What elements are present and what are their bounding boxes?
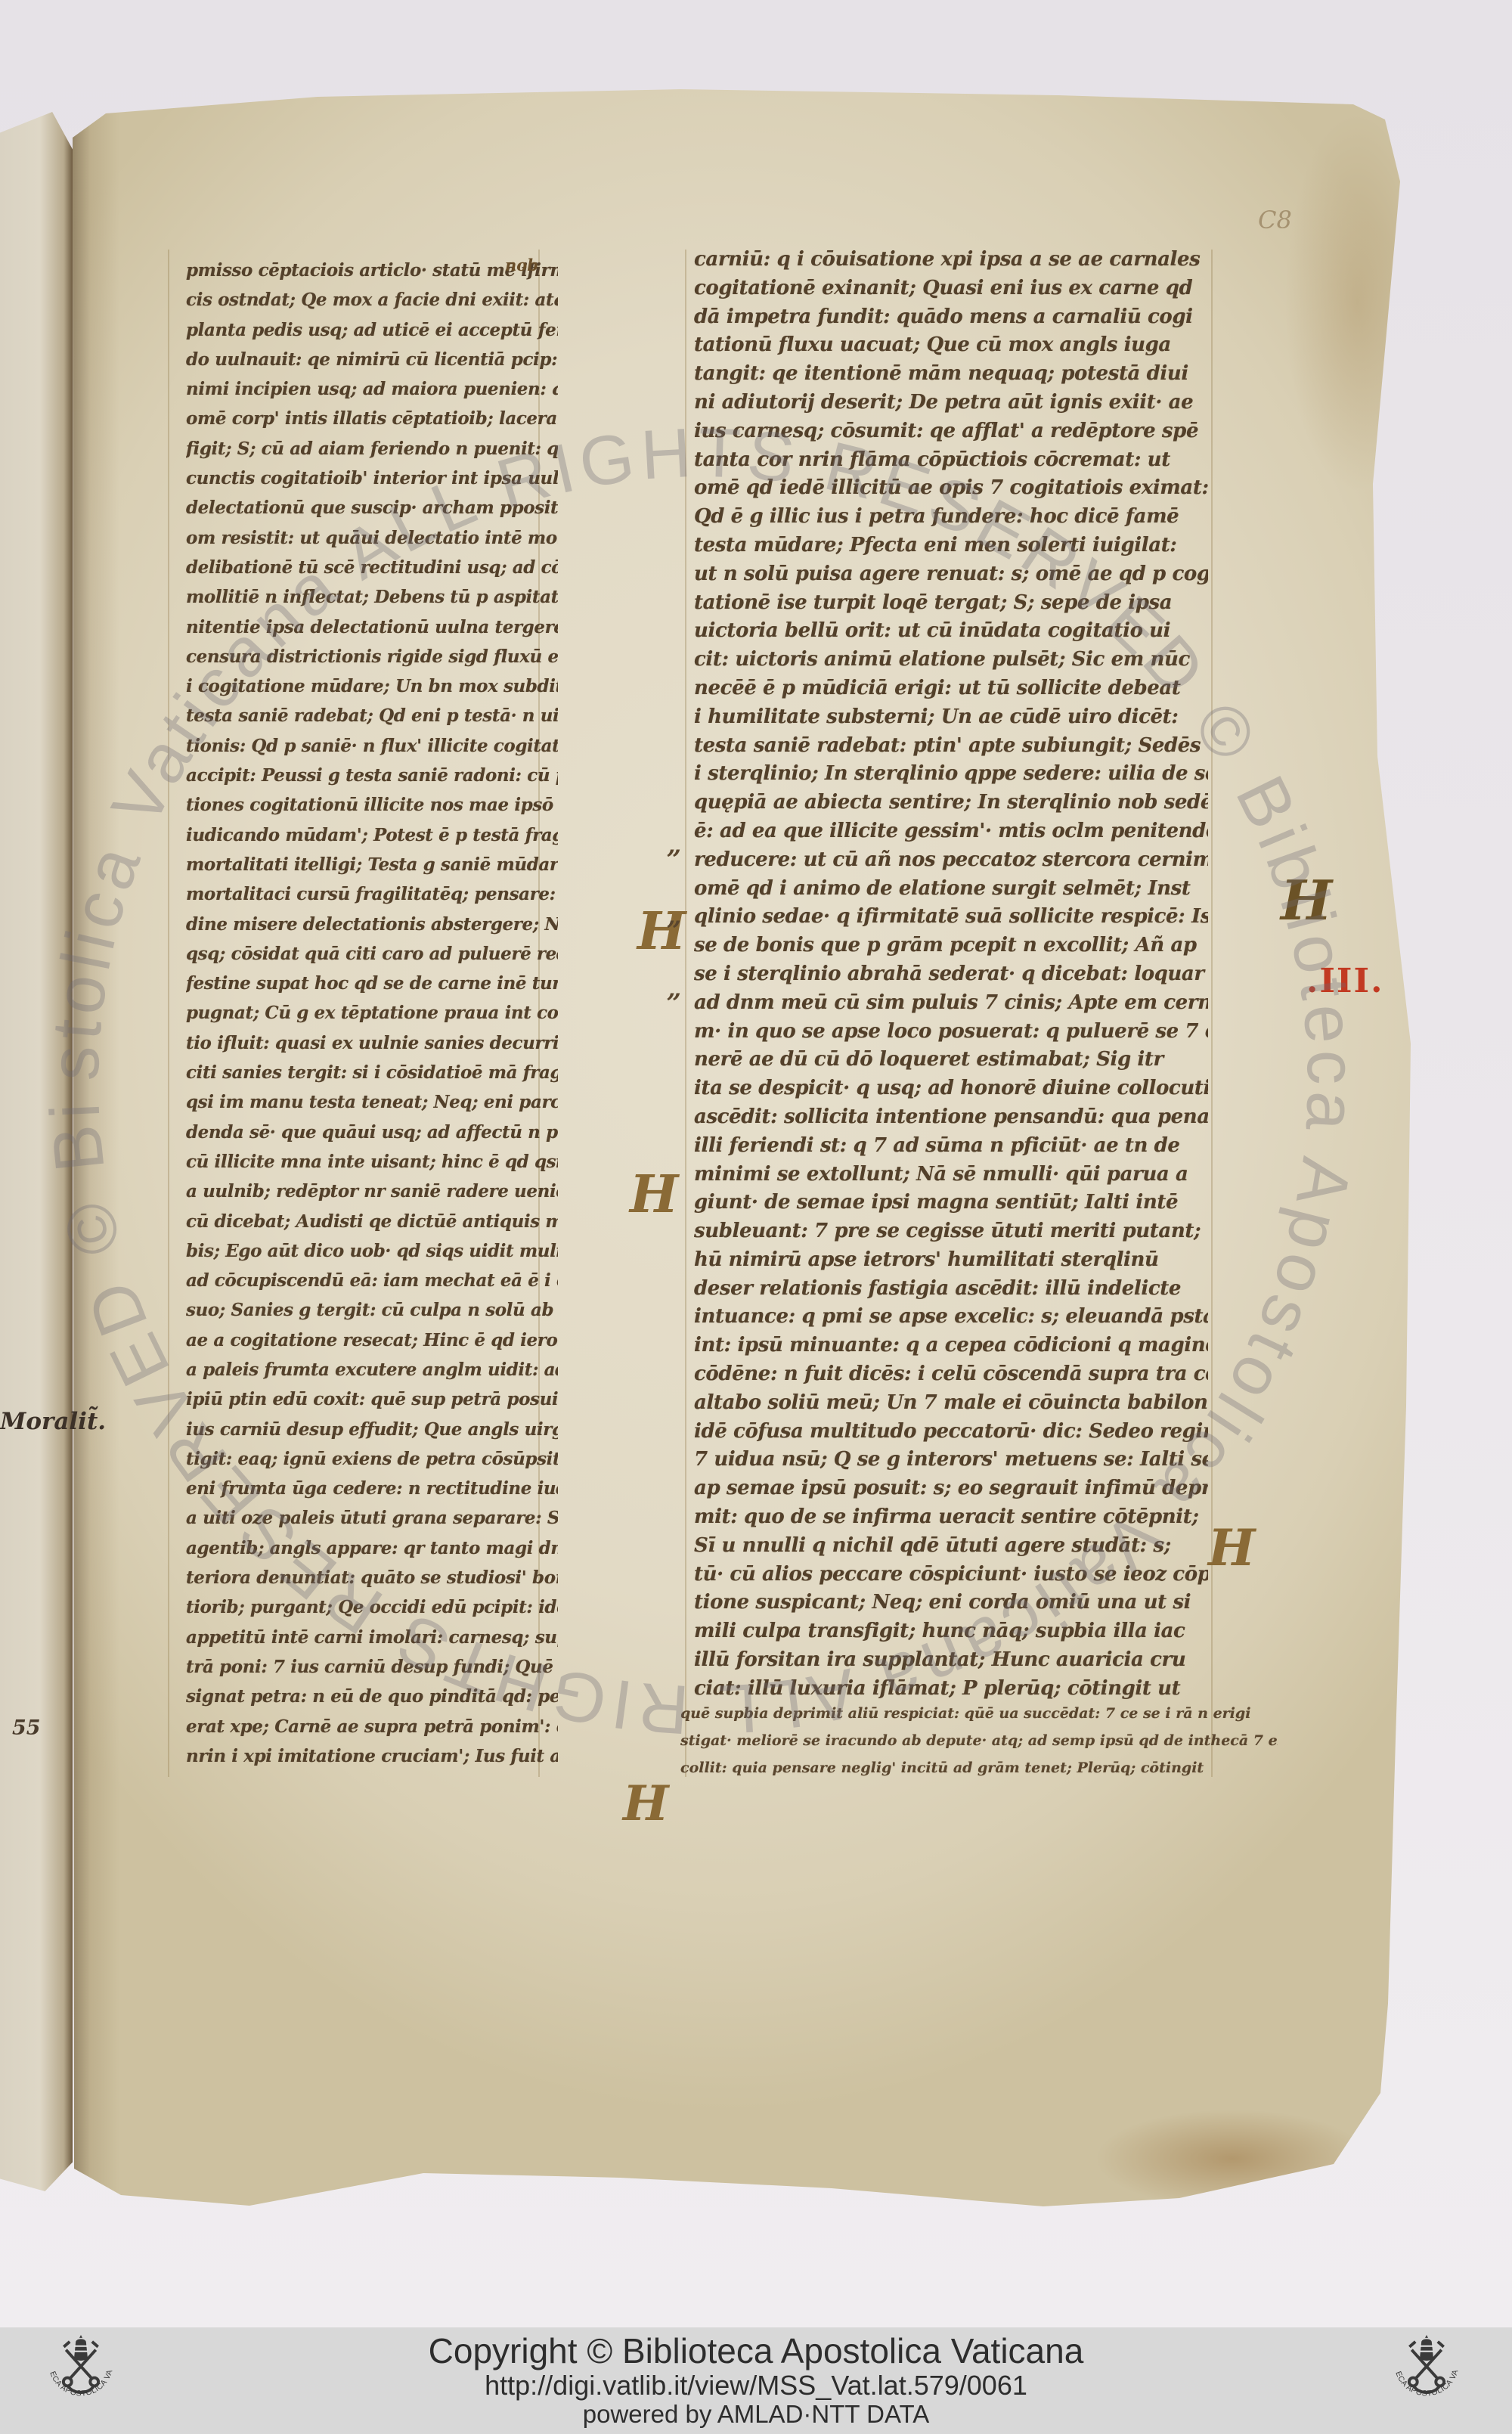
manuscript-line: tione suspicant; Neq; eni corda omiū una… — [694, 1589, 1208, 1617]
footer-bar: Copyright © Biblioteca Apostolica Vatica… — [0, 2327, 1512, 2434]
manuscript-line: planta pedis usq; ad uticē ei acceptū fe… — [186, 315, 558, 345]
manuscript-line: a uiti oze paleis ūtuti grana separare: … — [186, 1503, 558, 1533]
manuscript-line: necēē ē p mūdiciā erigi: ut tū sollicite… — [694, 674, 1208, 703]
manuscript-line: tangit: qe itentionē mām nequaq; potestā… — [694, 360, 1208, 389]
manuscript-line: tationū fluxu uacuat; Que cū mox angls i… — [694, 331, 1208, 360]
manuscript-line: ius carniū desup effudit; Que angls uirg… — [186, 1415, 558, 1444]
manuscript-line: tigit: eaq; ignū exiens de petra cōsūpsi… — [186, 1444, 558, 1474]
manuscript-line: ē: ad ea que illicite gessim'· mtis oclm… — [694, 817, 1208, 846]
manuscript-line: qsi im manu testa teneat; Neq; eni parci… — [186, 1087, 558, 1117]
right-text-column: carniū: q i cōuisatione xpi ipsa a se ae… — [694, 246, 1208, 1704]
manuscript-line: accipit: Peussi g testa saniē radoni: cū… — [186, 761, 558, 790]
manuscript-line: i cogitatione mūdare; Un bn mox subdit: … — [186, 671, 558, 701]
manuscript-line: ut n solū puisa agere renuat: s; omē ae … — [694, 560, 1208, 589]
manuscript-line: Sī u nnulli q nichil qdē ūtuti agere stu… — [694, 1532, 1208, 1561]
manuscript-line: ad cōcupiscendū eā: iam mechat eā ē i co… — [186, 1266, 558, 1295]
manuscript-line: festine supat hoc qd se de carne inē tur… — [186, 969, 558, 998]
manuscript-line: quępiā ae abiecta sentire; In sterqlinio… — [694, 789, 1208, 817]
manuscript-line: tū· cū alios peccare cōspiciunt· iusto s… — [694, 1561, 1208, 1589]
vatican-library-logo-left: BIBLIOTECA APOSTOLICA VATICANA — [24, 2333, 138, 2430]
manuscript-line: Qd ē g illic ius i petra fundere: hoc di… — [694, 503, 1208, 532]
manuscript-line: ascēdit: sollicita intentione pensandū: … — [694, 1103, 1208, 1132]
vatican-library-logo-right: BIBLIOTECA APOSTOLICA VATICANA — [1370, 2333, 1483, 2430]
manuscript-line: mortalitaci cursū fragilitatēq; pensare:… — [186, 879, 558, 909]
manuscript-line: mili culpa transfigit; hunc nāq; supbia … — [694, 1617, 1208, 1646]
manuscript-line: cū dicebat; Audisti qe dictūē antiquis m… — [186, 1207, 558, 1236]
manuscript-line: appetitū intē carni imolari: carnesq; su… — [186, 1623, 558, 1652]
manuscript-line: cogitationē exinanit; Quasi eni ius ex c… — [694, 274, 1208, 303]
manuscript-line: illi feriendi st: q 7 ad sūma n pficiūt·… — [694, 1132, 1208, 1161]
manuscript-line: 7 uidua nsū; Q se g interors' metuens se… — [694, 1446, 1208, 1474]
manuscript-line: se de bonis que p grām pcepit n excollit… — [694, 932, 1208, 960]
manuscript-line: tiones cogitationū illicite nos mae ipsō… — [186, 790, 558, 820]
manuscript-small-line: collit: quia pensare neglig' incitū ad g… — [680, 1754, 1278, 1781]
manuscript-line: censura districtionis rigide sigd fluxū … — [186, 642, 558, 671]
papal-tiara-icon — [74, 2335, 88, 2361]
parchment-sheet: pmisso cēptaciois articlo· statū mē ifir… — [0, 0, 1512, 2327]
manuscript-line: tanta cor nrin flāma cōpūctiois cōcremat… — [694, 446, 1208, 475]
manuscript-line: ad dnm meū cū sim puluis 7 cinis; Apte e… — [694, 989, 1208, 1018]
manuscript-line: delectationū que suscip· archam pposita … — [186, 493, 558, 522]
manuscript-line: teriora denuntiat: quāto se studiosi' bo… — [186, 1563, 558, 1592]
chapter-numeral-red: .III. — [1306, 962, 1383, 1000]
manuscript-line: om resistit: ut quāui delectatio intē mo… — [186, 523, 558, 553]
manuscript-line: minimi se extollunt; Nā sē nmulli· qūi p… — [694, 1161, 1208, 1189]
manuscript-line: denda sē· que quāui usq; ad affectū n pt… — [186, 1118, 558, 1147]
manuscript-line: carniū: q i cōuisatione xpi ipsa a se ae… — [694, 246, 1208, 274]
manuscript-line: reducere: ut cū añ nos peccatoz stercora… — [694, 846, 1208, 875]
manuscript-line: qsq; cōsidat quā citi caro ad puluerē re… — [186, 939, 558, 969]
manuscript-line: do uulnauit: qe nimirū cū licentiā pcip:… — [186, 345, 558, 374]
source-url: http://digi.vatlib.it/view/MSS_Vat.lat.5… — [0, 2370, 1512, 2401]
column-rule — [168, 250, 169, 1777]
manuscript-small-line: stigat· meliorē se iracundo ab depute· a… — [680, 1727, 1278, 1754]
manuscript-line: cis ostndat; Qe mox a facie dni exiit: a… — [186, 285, 558, 315]
manuscript-line: erat xpe; Carnē ae supra petrā ponim': c… — [186, 1712, 558, 1741]
column-rule — [1211, 250, 1213, 1777]
margin-note-nob: nob — [505, 256, 538, 274]
manuscript-line: signat petra: n eū de quo pinditā qd: pe… — [186, 1682, 558, 1711]
manuscript-line: mit: quo de se infirma ueracit sentire c… — [694, 1503, 1208, 1532]
manuscript-line: ius carnesq; cōsumit: qe afflat' a redēp… — [694, 417, 1208, 446]
manuscript-line: tio ifluit: quasi ex uulnie sanies decur… — [186, 1028, 558, 1058]
manuscript-line: citi sanies tergit: si i cōsidatioē mā f… — [186, 1058, 558, 1087]
manuscript-line: suo; Sanies g tergit: cū culpa n solū ab… — [186, 1295, 558, 1325]
faint-folio-mark: C8 — [1258, 206, 1292, 234]
manuscript-line: testa mūdare; Pfecta eni men solerti iui… — [694, 532, 1208, 560]
folio-number-55: 55 — [12, 1716, 41, 1740]
manuscript-line: tionis: Qd p saniē· n flux' illicite cog… — [186, 731, 558, 761]
papal-tiara-icon — [1420, 2335, 1433, 2361]
manuscript-line: testa saniē radebat: ptin' apte subiungi… — [694, 732, 1208, 761]
right-column-addendum-lines: quē supbia deprimit aliū respiciat: qūē … — [680, 1700, 1278, 1781]
manuscript-line: ap semae ipsū posuit: s; eo segrauit inf… — [694, 1474, 1208, 1503]
scan-viewer-page: pmisso cēptaciois articlo· statū mē ifir… — [0, 0, 1512, 2434]
manuscript-line: tiorib; purgant; Qe occidi edū pcipit: i… — [186, 1592, 558, 1622]
manuscript-line: idē cōfusa multitudo peccatorū· dic: Sed… — [694, 1418, 1208, 1446]
column-rule — [685, 250, 686, 1777]
manuscript-line: intuance: q pmi se apse excelic: s; eleu… — [694, 1303, 1208, 1332]
manuscript-line: eni frumta ūga cedere: n rectitudine iud… — [186, 1474, 558, 1503]
manuscript-line: testa saniē radebat; Qd eni p testā· n u… — [186, 701, 558, 730]
manuscript-line: delibationē tū scē rectitudini usq; ad c… — [186, 553, 558, 582]
manuscript-small-line: quē supbia deprimit aliū respiciat: qūē … — [680, 1700, 1278, 1727]
manuscript-line: dine misere delectationis abstergere; Nā… — [186, 910, 558, 939]
manuscript-line: hū nimirū apse ietrors' humilitati sterq… — [694, 1246, 1208, 1275]
manuscript-line: a uulnib; redēptor nr saniē radere uenie… — [186, 1177, 558, 1206]
manuscript-line: figit; S; cū ad aiam feriendo n puenit: … — [186, 434, 558, 464]
margin-note-moralit: Moralit̃. — [0, 1408, 106, 1435]
manuscript-line: qlinio sedae· q ifirmitatē suā sollicite… — [694, 903, 1208, 932]
manuscript-line: ita se despicit· q usq; ad honorē diuine… — [694, 1074, 1208, 1103]
powered-by-text: powered by AMLAD·NTT DATA — [0, 2400, 1512, 2429]
manuscript-line: ipiū ptin edū coxit: quē sup petrā posui… — [186, 1384, 558, 1414]
manuscript-line: i humilitate substerni; Un ae cūdē uiro … — [694, 703, 1208, 732]
facing-page-edge — [0, 112, 73, 2191]
manuscript-line: nimi incipien usq; ad maiora puenien: qu… — [186, 374, 558, 404]
manuscript-line: ciat: illū luxuria iflāmat; P plerūq; cō… — [694, 1675, 1208, 1704]
copyright-text: Copyright © Biblioteca Apostolica Vatica… — [0, 2330, 1512, 2371]
manuscript-line: deser relationis fastigia ascēdit: illū … — [694, 1275, 1208, 1304]
manuscript-line: pmisso cēptaciois articlo· statū mē ifir… — [186, 256, 558, 285]
manuscript-line: ae a cogitatione resecat; Hinc ē qd iero… — [186, 1326, 558, 1355]
manuscript-line: mollitiē n inflectat; Debens tū p aspita… — [186, 582, 558, 612]
manuscript-line: giunt· de semae ipsi magna sentiūt; Ialt… — [694, 1189, 1208, 1217]
manuscript-line: m· in quo se apse loco posuerat: q pulue… — [694, 1018, 1208, 1046]
manuscript-line: int: ipsū minuante: q a cepea cōdicioni … — [694, 1332, 1208, 1360]
manuscript-line: illū forsitan ira supplantat; Hunc auari… — [694, 1646, 1208, 1675]
manuscript-line: dā impetra fundit: quādo mens a carnaliū… — [694, 303, 1208, 332]
gutter-shadow — [67, 98, 119, 2193]
manuscript-line: cunctis cogitatioib' interior int ipsa u… — [186, 464, 558, 493]
manuscript-line: cū illicite mna inte uisant; hinc ē qd q… — [186, 1147, 558, 1177]
manuscript-line: pugnat; Cū g ex tēptatione praua int cog… — [186, 998, 558, 1028]
manuscript-line: altabo soliū meū; Un 7 male ei cōuincta … — [694, 1389, 1208, 1418]
manuscript-line: omē qd i animo de elatione surgit selmēt… — [694, 875, 1208, 904]
manuscript-line: iudicando mūdam'; Potest ē p testā fragi… — [186, 820, 558, 850]
manuscript-line: nrin i xpi imitatione cruciam'; Ius fuit… — [186, 1741, 558, 1771]
manuscript-line: a paleis frumta excutere anglm uidit: ad… — [186, 1355, 558, 1384]
manuscript-line: trā poni: 7 ius carniū desup fundi; Quē … — [186, 1652, 558, 1682]
manuscript-line: ni adiutorij deserit; De petra aūt ignis… — [694, 389, 1208, 417]
manuscript-line: se i sterqlinio abrahā sederat· q diceba… — [694, 960, 1208, 989]
manuscript-line: omē qd iedē illicitū ae opis 7 cogitatio… — [694, 474, 1208, 503]
manuscript-line: cit: uictoris animū elatione pulsēt; Sic… — [694, 646, 1208, 674]
manuscript-line: nerē ae dū cū dō loqueret estimabat; Sig… — [694, 1046, 1208, 1074]
manuscript-line: omē corp' intis illatis cēptatioib; lace… — [186, 404, 558, 433]
manuscript-line: mortalitati itelligi; Testa g saniē mūda… — [186, 850, 558, 879]
manuscript-line: nitentie ipsa delectationū uulna tergere… — [186, 612, 558, 642]
manuscript-line: tationē ise turpit loqē tergat; S; sepe … — [694, 589, 1208, 618]
manuscript-line: i sterqlinio; In sterqlinio qppe sedere:… — [694, 760, 1208, 789]
manuscript-line: cōdēne: n fuit dicēs: i celū cōscendā su… — [694, 1360, 1208, 1389]
left-text-column: pmisso cēptaciois articlo· statū mē ifir… — [186, 256, 558, 1771]
manuscript-line: uictoria bellū orit: ut cū inūdata cogit… — [694, 617, 1208, 646]
manuscript-line: subleuant: 7 pre se cegisse ūtuti meriti… — [694, 1217, 1208, 1246]
manuscript-line: agentib; angls appare: qr tanto magi dnū… — [186, 1533, 558, 1563]
manuscript-line: bis; Ego aūt dico uob· qd siqs uidit mul… — [186, 1236, 558, 1266]
